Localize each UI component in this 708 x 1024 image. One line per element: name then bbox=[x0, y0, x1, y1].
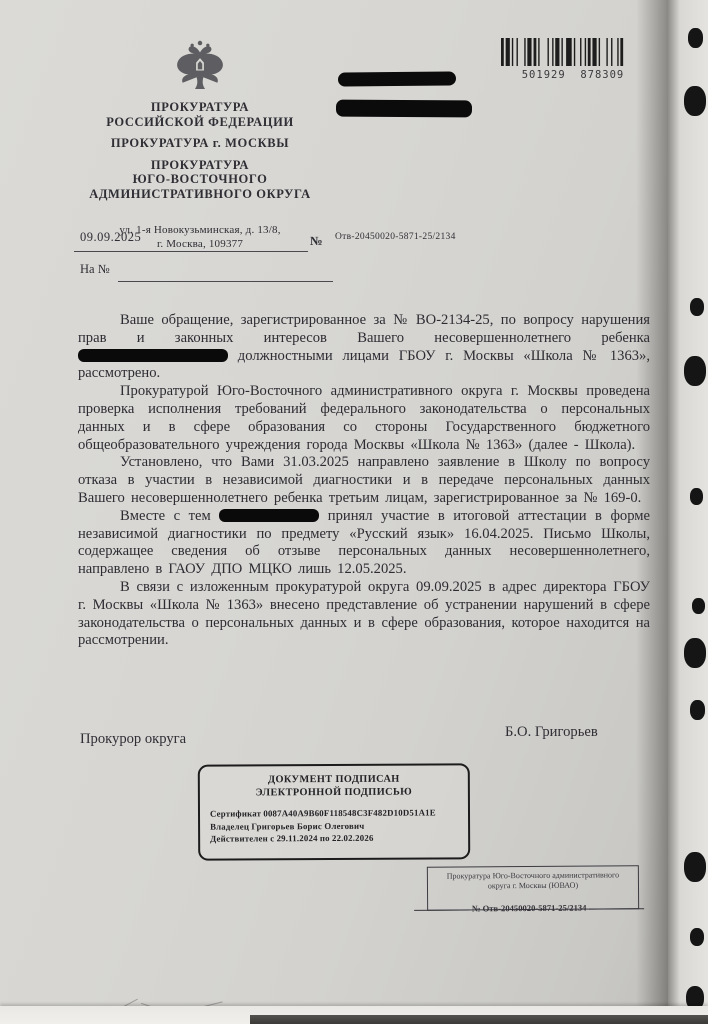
electronic-signature-stamp: ДОКУМЕНТ ПОДПИСАН ЭЛЕКТРОННОЙ ПОДПИСЬЮ С… bbox=[198, 763, 470, 860]
binder-hole bbox=[690, 928, 704, 946]
scanned-letter-photo: { "barcode": { "left": "501929", "right"… bbox=[0, 0, 708, 1024]
body-paragraph: Установлено, что Вами 31.03.2025 направл… bbox=[78, 454, 650, 507]
inline-redaction-bar bbox=[219, 509, 319, 522]
esign-details: Сертификат 0087A40A9B60F118548C3F482D10D… bbox=[210, 806, 458, 845]
date-underline bbox=[74, 251, 308, 252]
org-name-line2: РОССИЙСКОЙ ФЕДЕРАЦИИ bbox=[52, 115, 348, 130]
signer-name: Б.О. Григорьев bbox=[505, 724, 598, 741]
stamp-org-line1: Прокуратура Юго-Восточного административ… bbox=[432, 870, 634, 881]
org-name-line1: ПРОКУРАТУРА bbox=[52, 100, 348, 115]
registration-stamp: Прокуратура Юго-Восточного административ… bbox=[427, 865, 639, 910]
esign-certificate: Сертификат 0087A40A9B60F118548C3F482D10D… bbox=[210, 806, 458, 820]
esign-owner-label: Владелец bbox=[210, 821, 249, 831]
barcode-number-right: 878309 bbox=[580, 69, 624, 81]
coat-of-arms-eagle-icon bbox=[172, 38, 228, 94]
document-date: 09.09.2025 bbox=[80, 230, 141, 245]
reply-to-underline bbox=[118, 281, 333, 282]
stamp-org-line2: округа г. Москвы (ЮВАО) bbox=[432, 880, 634, 891]
esign-valid-label: Действителен с bbox=[210, 833, 274, 843]
document-number: Отв-20450020-5871-25/2134 bbox=[335, 232, 456, 242]
barcode-number: 501929 878309 bbox=[498, 69, 648, 81]
esign-cert-label: Сертификат bbox=[210, 808, 261, 818]
org-name-line3: ПРОКУРАТУРА г. МОСКВЫ bbox=[52, 136, 348, 151]
binder-hole bbox=[684, 852, 706, 882]
body-paragraph: Ваше обращение, зарегистрированное за № … bbox=[78, 312, 650, 383]
reply-to-label: На № bbox=[80, 262, 110, 277]
esign-valid-from: 29.11.2024 bbox=[277, 833, 318, 843]
barcode-stripes bbox=[499, 38, 647, 68]
org-name-line4: ПРОКУРАТУРА bbox=[52, 158, 348, 173]
esign-cert-value: 0087A40A9B60F118548C3F482D10D51A1E bbox=[263, 807, 436, 818]
body-paragraph: Вместе с тем принял участие в итоговой а… bbox=[78, 508, 650, 579]
binder-hole bbox=[684, 356, 706, 386]
number-sign-label: № bbox=[310, 234, 323, 249]
binder-hole bbox=[692, 598, 705, 614]
letter-body: Ваше обращение, зарегистрированное за № … bbox=[78, 312, 650, 650]
barcode: 501929 878309 bbox=[498, 38, 648, 81]
redaction-bar bbox=[338, 71, 456, 86]
esign-title-line2: ЭЛЕКТРОННОЙ ПОДПИСЬЮ bbox=[210, 786, 458, 800]
document-page: ПРОКУРАТУРА РОССИЙСКОЙ ФЕДЕРАЦИИ ПРОКУРА… bbox=[0, 0, 708, 1024]
next-page-edge bbox=[0, 1006, 708, 1024]
next-page-dark-bar bbox=[250, 1015, 708, 1024]
esign-valid-to: 22.02.2026 bbox=[332, 833, 374, 843]
inline-redaction-bar bbox=[78, 349, 228, 362]
underlying-page-edge bbox=[668, 0, 708, 1024]
stamp-dash-left bbox=[414, 909, 469, 910]
binder-hole bbox=[684, 638, 706, 668]
body-paragraph: В связи с изложенным прокуратурой округа… bbox=[78, 579, 650, 650]
stamp-number-row: № Отв-20450020-5871-25/2134 bbox=[414, 904, 644, 915]
binder-hole bbox=[690, 488, 703, 505]
stamp-number: № Отв-20450020-5871-25/2134 bbox=[469, 904, 590, 914]
barcode-number-left: 501929 bbox=[522, 69, 566, 81]
binder-hole bbox=[684, 86, 706, 116]
binder-hole bbox=[690, 700, 705, 720]
esign-valid-mid: по bbox=[320, 833, 330, 843]
binder-hole bbox=[690, 298, 704, 316]
body-paragraph: Прокуратурой Юго-Восточного администрати… bbox=[78, 383, 650, 454]
page-curl-shadow bbox=[636, 0, 670, 1024]
esign-title: ДОКУМЕНТ ПОДПИСАН ЭЛЕКТРОННОЙ ПОДПИСЬЮ bbox=[210, 773, 458, 799]
signer-title: Прокурор округа bbox=[80, 731, 186, 748]
letterhead: ПРОКУРАТУРА РОССИЙСКОЙ ФЕДЕРАЦИИ ПРОКУРА… bbox=[52, 38, 348, 251]
binder-hole bbox=[688, 28, 703, 48]
org-name-line6: АДМИНИСТРАТИВНОГО ОКРУГА bbox=[52, 187, 348, 202]
esign-validity: Действителен с 29.11.2024 по 22.02.2026 bbox=[210, 831, 458, 845]
redaction-bar bbox=[336, 100, 472, 118]
esign-owner-value: Григорьев Борис Олегович bbox=[251, 820, 364, 831]
org-name-line5: ЮГО-ВОСТОЧНОГО bbox=[52, 172, 348, 187]
